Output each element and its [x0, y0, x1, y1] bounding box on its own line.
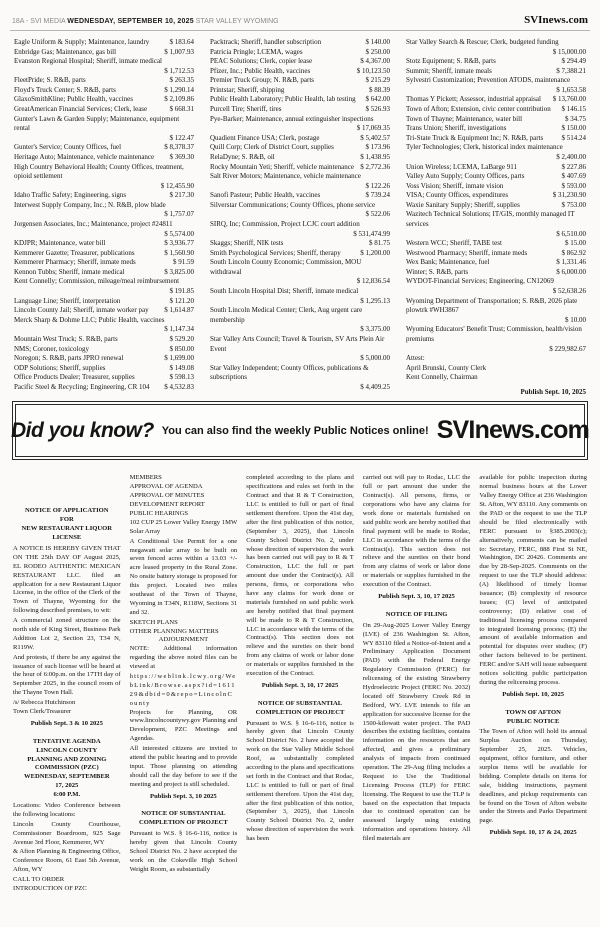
payment-entry: Kemmerer Gazette; Treasurer, publication…: [14, 249, 194, 259]
payment-entry: Premier Truck Group; N. R&B, parts$ 215.…: [210, 76, 390, 86]
payee-description: Quill Corp; Clerk of District Court, sup…: [210, 143, 361, 153]
payee-description: VISA; County Offices, expenditures: [406, 191, 548, 201]
payee-description: GlaxoSmithKline; Public Health, vaccines: [14, 95, 159, 105]
payment-entry: Pye-Barker; Maintenance, annual extingui…: [210, 115, 390, 134]
payee-description: Kennon Tubbs; Sheriff, inmate medical: [14, 268, 159, 278]
payment-entry: Summit; Sheriff, inmate meals$ 7,388.21: [406, 67, 586, 77]
payment-entry: Star Valley Arts Council; Travel & Touri…: [210, 335, 390, 364]
payment-amount: $ 217.30: [165, 191, 195, 201]
payment-entry: Salt River Motors; Maintenance, vehicle …: [210, 172, 390, 191]
payee-description: ODP Solutions; Sheriff, supplies: [14, 364, 165, 374]
attest-line: Kent Connelly, Chairman: [406, 373, 586, 383]
payment-entry: Patricia Pringle; LCEMA, wages$ 250.00: [210, 48, 390, 58]
banner-lead: Did you know?: [11, 419, 154, 443]
payment-amount: $ 12,455.90: [156, 182, 194, 192]
payment-entry: Tyler Technologies; Clerk, historical in…: [406, 143, 586, 162]
payment-amount: $ 1,200.00: [355, 249, 390, 259]
payee-description: Skaggs; Sheriff, NIK tests: [210, 239, 364, 249]
payment-entry: NMS; Coroner, toxicology$ 850.00: [14, 345, 194, 355]
payee-description: Western WCC; Sheriff, TABE test: [406, 239, 560, 249]
notice-heading: NOTICE OF SUBSTANTIAL COMPLETION OF PROJ…: [130, 810, 238, 828]
payee-description: Town of Thayne; Maintenance, water bill: [406, 115, 560, 125]
newspaper-page: 18A - SVI MEDIA WEDNESDAY, SEPTEMBER 10,…: [0, 0, 600, 927]
payment-entry: Evanston Regional Hospital; Sheriff, inm…: [14, 57, 194, 76]
payment-amount: $ 739.24: [361, 191, 391, 201]
notice-block: completed according to the plans and spe…: [246, 474, 354, 678]
payment-entry: Thomas Y Pickett; Assessor, industrial a…: [406, 95, 586, 105]
notice-block: PUBLIC HEARINGS: [130, 510, 238, 519]
payment-amount: $ 8,378.37: [159, 143, 194, 153]
publish-line: Publish Sept. 10, 2025: [479, 691, 587, 700]
payee-description: Star Valley Arts Council; Travel & Touri…: [210, 335, 390, 354]
notice-column: NOTICE OF APPLICATION FOR NEW RESTAURANT…: [13, 474, 121, 894]
publish-line: Publish Sept. 10, 17 & 24, 2025: [479, 829, 587, 838]
payee-description: SIRQ, Inc; Commission, Project LCJC cour…: [210, 220, 390, 230]
payee-description: Pacific Steel & Recycling; Engineering, …: [14, 383, 159, 393]
payment-entry: Sylvestri Customization; Prevention ATOD…: [406, 76, 586, 95]
payment-amount: $ 514.24: [557, 134, 587, 144]
payment-amount: $ 173.96: [361, 143, 391, 153]
payee-description: Salt River Motors; Maintenance, vehicle …: [210, 172, 390, 182]
payee-description: Gunter's Service; County Offices, fuel: [14, 143, 159, 153]
payment-amount: $ 1,560.90: [159, 249, 194, 259]
payment-entry: Town of Afton; Extension, civic center c…: [406, 105, 586, 115]
payee-description: Language Line; Sheriff, interpretation: [14, 297, 165, 307]
notice-block: APPROVAL OF AGENDA: [130, 483, 238, 492]
payment-entry: Union Wireless; LCEMA, LaBarge 911$ 227.…: [406, 163, 586, 173]
notice-column: MEMBERSAPPROVAL OF AGENDAAPPROVAL OF MIN…: [130, 474, 238, 894]
notice-block: ADJOURNMENT: [130, 636, 238, 645]
payment-amount: $ 1,653.58: [551, 86, 586, 96]
payment-entry: Western WCC; Sheriff, TABE test$ 15.00: [406, 239, 586, 249]
payment-amount: $ 3,825.00: [159, 268, 194, 278]
payee-description: PEAC Solutions; Clerk, copier lease: [210, 57, 355, 67]
payee-description: Winter; S. R&B, parts: [406, 268, 551, 278]
payment-amount: $ 191.85: [165, 287, 195, 297]
payment-entry: Skaggs; Sheriff, NIK tests$ 81.75: [210, 239, 390, 249]
payment-column: Star Valley Search & Rescue; Clerk, budg…: [406, 38, 586, 397]
payment-amount: $ 5,000.00: [355, 354, 390, 364]
payment-amount: $ 5,402.57: [355, 134, 390, 144]
payment-amount: $ 2,109.86: [159, 95, 194, 105]
payment-entry: RelaDyne; S. R&B, oil$ 1,438.95: [210, 153, 390, 163]
payee-description: Smith Psychological Services; Sheriff, t…: [210, 249, 355, 259]
publish-line: Publish Sept. 3, 10 2025: [130, 793, 238, 802]
payment-amount: $ 81.75: [364, 239, 390, 249]
notice-block: All interested citizens are invited to a…: [130, 745, 238, 789]
payee-description: Silverstar Communications; County Office…: [210, 201, 390, 211]
payee-description: Tri-State Truck & Equipment Inc; N. R&B,…: [406, 134, 557, 144]
payment-entry: Sanofi Pasteur; Public Health, vaccines$…: [210, 191, 390, 201]
payment-entry: Trans Union; Sheriff, investigations$ 15…: [406, 124, 586, 134]
payee-description: Heritage Auto; Maintenance, vehicle main…: [14, 153, 165, 163]
payee-description: NMS; Coroner, toxicology: [14, 345, 165, 355]
notice-heading: TOWN OF AFTON PUBLIC NOTICE: [479, 709, 587, 727]
payee-description: Town of Afton; Extension, civic center c…: [406, 105, 557, 115]
payment-entry: Silverstar Communications; County Office…: [210, 201, 390, 220]
payment-amount: $ 4,367.00: [355, 57, 390, 67]
publish-line: Publish Sept. 3, 10, 17 2025: [363, 593, 471, 602]
payment-amount: $ 7,388.21: [551, 67, 586, 77]
payment-amount: $ 31,230.90: [548, 191, 586, 201]
payment-entry: Quill Corp; Clerk of District Court, sup…: [210, 143, 390, 153]
payment-entry: Purcell Tire; Sheriff, tires$ 526.93: [210, 105, 390, 115]
payee-description: Wyoming Department of Transportation; S.…: [406, 297, 586, 316]
notice-block: NOTE: Additional information regarding t…: [130, 645, 238, 672]
payment-amount: $ 642.00: [361, 95, 391, 105]
payee-description: RelaDyne; S. R&B, oil: [210, 153, 355, 163]
payment-entry: Tri-State Truck & Equipment Inc; N. R&B,…: [406, 134, 586, 144]
payment-amount: $ 4,532.83: [159, 383, 194, 393]
payment-amount: $ 1,699.00: [159, 354, 194, 364]
payee-description: Enbridge Gas; Maintenance, gas bill: [14, 48, 159, 58]
payment-entry: Lincoln County Jail; Sheriff, inmate wor…: [14, 306, 194, 316]
payee-description: Eagle Uniform & Supply; Maintenance, lau…: [14, 38, 165, 48]
payment-entry: Wyoming Department of Transportation; S.…: [406, 297, 586, 326]
publish-line: Publish Sept. 10, 2025: [406, 388, 586, 398]
payment-amount: $ 122.26: [361, 182, 391, 192]
payment-amount: $ 862.92: [557, 249, 587, 259]
payment-entry: High Country Behavioral Health; County O…: [14, 163, 194, 192]
payment-column: Packtrack; Sheriff, handler subscription…: [210, 38, 390, 397]
notice-block: A commercial zoned structure on the nort…: [13, 617, 121, 653]
payee-description: Westwood Pharmacy; Sheriff, inmate meds: [406, 249, 557, 259]
payment-amount: $ 593.00: [557, 182, 587, 192]
payment-amount: $ 12,836.54: [352, 277, 390, 287]
payment-entry: Printstar; Sheriff, shipping$ 88.39: [210, 86, 390, 96]
payment-amount: $ 183.64: [165, 38, 195, 48]
payee-description: Kent Connelly; Commission, mileage/meal …: [14, 277, 194, 287]
payment-amount: $ 3,375.00: [355, 325, 390, 335]
payment-amount: $ 1,147.34: [159, 325, 194, 335]
payment-amount: $ 1,438.95: [355, 153, 390, 163]
notice-column: carried out will pay to Rodac, LLC the f…: [363, 474, 471, 894]
payment-amount: $ 17,069.35: [352, 124, 390, 134]
payment-amount: $ 227.86: [557, 163, 587, 173]
payee-description: South Lincoln Hospital Dist; Sheriff, in…: [210, 287, 390, 297]
payment-entry: Kent Connelly; Commission, mileage/meal …: [14, 277, 194, 296]
notice-heading: TENTATIVE AGENDA LINCOLN COUNTY PLANNING…: [13, 738, 121, 800]
payment-amount: $ 88.39: [364, 86, 390, 96]
notice-block: 102 CUP 25 Lower Valley Energy 1MW Solar…: [130, 519, 238, 537]
payment-amount: $ 34.75: [560, 115, 586, 125]
payee-description: South Lincoln Medical Center; Clerk, Aug…: [210, 306, 390, 325]
payee-description: KDJPR; Maintenance, water bill: [14, 239, 159, 249]
payment-entry: SIRQ, Inc; Commission, Project LCJC cour…: [210, 220, 390, 239]
payment-entry: ODP Solutions; Sheriff, supplies$ 149.08: [14, 364, 194, 374]
payment-amount: $ 4,409.25: [355, 383, 390, 393]
payee-description: Sanofi Pasteur; Public Health, vaccines: [210, 191, 361, 201]
payment-entry: Language Line; Sheriff, interpretation$ …: [14, 297, 194, 307]
payment-entry: Pacific Steel & Recycling; Engineering, …: [14, 383, 194, 393]
payment-amount: $ 140.00: [361, 38, 391, 48]
issue-date: WEDNESDAY, SEPTEMBER 10, 2025: [67, 18, 194, 25]
payee-description: Printstar; Sheriff, shipping: [210, 86, 364, 96]
payment-amount: $ 1,614.87: [159, 306, 194, 316]
attest-line: Attest:: [406, 354, 586, 364]
notice-block: Lincoln County Courthouse, Commissioner …: [13, 821, 121, 848]
attest-line: April Brunski, County Clerk: [406, 364, 586, 374]
payment-amount: $ 1,331.46: [551, 258, 586, 268]
banner-site-link[interactable]: SVInews.com: [437, 416, 589, 445]
payment-entry: Westwood Pharmacy; Sheriff, inmate meds$…: [406, 249, 586, 259]
payment-entry: FleetPride; S. R&B, parts$ 263.35: [14, 76, 194, 86]
payment-amount: $ 146.15: [557, 105, 587, 115]
payee-description: Union Wireless; LCEMA, LaBarge 911: [406, 163, 557, 173]
notice-block: A NOTICE IS HEREBY GIVEN THAT ON THE 25t…: [13, 545, 121, 616]
payment-entry: Kennon Tubbs; Sheriff, inmate medical$ 3…: [14, 268, 194, 278]
payee-description: Merck Sharp & Dohme LLC; Public Health, …: [14, 316, 194, 326]
payment-entry: Idaho Traffic Safety; Engineering, signs…: [14, 191, 194, 201]
publish-line: Publish Sept. 3 & 10 2025: [13, 720, 121, 729]
payee-description: Tyler Technologies; Clerk, historical in…: [406, 143, 586, 153]
payment-entry: Smith Psychological Services; Sheriff, t…: [210, 249, 390, 259]
notice-block: Locations: Video Conference between the …: [13, 802, 121, 820]
payment-entry: Winter; S. R&B, parts$ 6,000.00: [406, 268, 586, 278]
payment-entry: Enbridge Gas; Maintenance, gas bill$ 1,0…: [14, 48, 194, 58]
payee-description: Evanston Regional Hospital; Sheriff, inm…: [14, 57, 194, 67]
payment-amount: $ 522.06: [361, 210, 391, 220]
notice-block: Projects for Planning, OR www.lincolncou…: [130, 709, 238, 745]
payee-description: Thomas Y Pickett; Assessor, industrial a…: [406, 95, 548, 105]
payment-amount: $ 3,936.77: [159, 239, 194, 249]
payment-amount: $ 598.13: [165, 373, 195, 383]
payment-amount: $ 2,400.00: [551, 153, 586, 163]
payment-entry: Rocky Mountain Yeti; Sheriff, vehicle ma…: [210, 163, 390, 173]
payee-description: Rocky Mountain Yeti; Sheriff, vehicle ma…: [210, 163, 355, 173]
payee-description: Premier Truck Group; N. R&B, parts: [210, 76, 361, 86]
payment-entry: GlaxoSmithKline; Public Health, vaccines…: [14, 95, 194, 105]
payee-description: Wex Bank; Maintenance, fuel: [406, 258, 551, 268]
payment-amount: $ 1,757.07: [159, 210, 194, 220]
payee-description: Mountain West Truck; S. R&B, parts: [14, 335, 165, 345]
payment-amount: $ 5,574.00: [159, 230, 194, 240]
notice-block: MEMBERS: [130, 474, 238, 483]
payment-entry: Merck Sharp & Dohme LLC; Public Health, …: [14, 316, 194, 335]
payment-entry: Voss Vision; Sheriff, inmate vision$ 593…: [406, 182, 586, 192]
notice-block: /s/ Rebecca Hutchinson: [13, 699, 121, 708]
payment-entry: Gunter's Service; County Offices, fuel$ …: [14, 143, 194, 153]
header-meta: 18A - SVI MEDIA WEDNESDAY, SEPTEMBER 10,…: [12, 18, 279, 25]
payment-amount: $ 91.59: [168, 258, 194, 268]
payee-description: Wyoming Educators' Benefit Trust; Commis…: [406, 325, 586, 344]
payee-description: Interwest Supply Company, Inc.; N. R&B, …: [14, 201, 194, 211]
payee-description: Quadient Finance USA; Clerk, postage: [210, 134, 355, 144]
payment-amount: $ 526.93: [361, 105, 391, 115]
payment-amount: $ 52,638.26: [548, 287, 586, 297]
payee-description: Kemmerer Pharmacy; Sheriff, inmate meds: [14, 258, 168, 268]
payment-amount: $ 294.49: [557, 57, 587, 67]
notice-block: DEVELOPMENT REPORT: [130, 501, 238, 510]
notice-block: The Town of Afton will hold its annual S…: [479, 728, 587, 826]
payment-amount: $ 15,000.00: [548, 48, 586, 58]
payment-entry: Stotz Equipment; S. R&B, parts$ 294.49: [406, 57, 586, 67]
notice-block: & Afton Planning & Engineering Office, C…: [13, 848, 121, 875]
payee-description: Gunter's Lawn & Garden Supply; Maintenan…: [14, 115, 194, 134]
payment-entry: Quadient Finance USA; Clerk, postage$ 5,…: [210, 134, 390, 144]
payee-description: Public Health Laboratory; Public Health,…: [210, 95, 361, 105]
payee-description: Office Products Dealer; Treasurer, suppl…: [14, 373, 165, 383]
payment-amount: $ 149.08: [165, 364, 195, 374]
payment-amount: $ 15.00: [560, 239, 586, 249]
page-number-label: 18A - SVI MEDIA: [12, 18, 65, 25]
notice-column: available for public inspection during n…: [479, 474, 587, 894]
payee-description: Star Valley Search & Rescue; Clerk, budg…: [406, 38, 586, 48]
payee-description: Purcell Tire; Sheriff, tires: [210, 105, 361, 115]
payment-entry: Packtrack; Sheriff, handler subscription…: [210, 38, 390, 48]
public-notices-section: NOTICE OF APPLICATION FOR NEW RESTAURANT…: [10, 460, 590, 894]
payment-entry: Noregon; S. R&B, parts JPRO renewal$ 1,6…: [14, 354, 194, 364]
payment-entry: Wex Bank; Maintenance, fuel$ 1,331.46: [406, 258, 586, 268]
notice-block: APPROVAL OF MINUTES: [130, 492, 238, 501]
payment-entry: South Lincoln Hospital Dist; Sheriff, in…: [210, 287, 390, 306]
payment-entry: Town of Thayne; Maintenance, water bill$…: [406, 115, 586, 125]
payment-entry: Jorgensen Associates, Inc.; Maintenance,…: [14, 220, 194, 239]
payment-entry: Eagle Uniform & Supply; Maintenance, lau…: [14, 38, 194, 48]
notice-block: [13, 474, 121, 498]
payee-description: Floyd's Truck Center; S. R&B, parts: [14, 86, 159, 96]
payment-amount: $ 10.00: [560, 316, 586, 326]
payment-amount: $ 1,295.13: [355, 297, 390, 307]
payment-entry: Mountain West Truck; S. R&B, parts$ 529.…: [14, 335, 194, 345]
payment-entry: Public Health Laboratory; Public Health,…: [210, 95, 390, 105]
payment-amount: $ 10,123.50: [352, 67, 390, 77]
notice-block: And protests, if there be any against th…: [13, 654, 121, 698]
payment-amount: $ 531,474.99: [348, 230, 390, 240]
payment-amount: $ 215.29: [361, 76, 391, 86]
payment-entry: GreatAmerican Financial Services; Clerk,…: [14, 105, 194, 115]
payee-description: Patricia Pringle; LCEMA, wages: [210, 48, 361, 58]
payment-entry: South Lincoln County Economic; Commissio…: [210, 258, 390, 287]
payment-column: Eagle Uniform & Supply; Maintenance, lau…: [14, 38, 194, 397]
payee-description: FleetPride; S. R&B, parts: [14, 76, 165, 86]
payee-description: Kemmerer Gazette; Treasurer, publication…: [14, 249, 159, 259]
payment-entry: South Lincoln Medical Center; Clerk, Aug…: [210, 306, 390, 335]
payment-amount: $ 263.35: [165, 76, 195, 86]
payment-amount: $ 668.31: [165, 105, 195, 115]
notice-block: On 29-Aug-2025 Lower Valley Energy (LVE)…: [363, 622, 471, 844]
payment-entry: Wyoming Educators' Benefit Trust; Commis…: [406, 325, 586, 354]
payment-entry: Heritage Auto; Maintenance, vehicle main…: [14, 153, 194, 163]
payee-description: Pye-Barker; Maintenance, annual extingui…: [210, 115, 390, 125]
notice-heading: NOTICE OF FILING: [363, 611, 471, 620]
payment-amount: $ 1,007.93: [159, 48, 194, 58]
payment-entry: PEAC Solutions; Clerk, copier lease$ 4,3…: [210, 57, 390, 67]
payments-section: Eagle Uniform & Supply; Maintenance, lau…: [10, 31, 590, 399]
payment-amount: $ 250.00: [361, 48, 391, 58]
payee-description: Star Valley Independent; County Offices,…: [210, 364, 390, 383]
payee-description: High Country Behavioral Health; County O…: [14, 163, 194, 182]
payment-amount: $ 6,510.00: [551, 230, 586, 240]
payment-entry: Star Valley Independent; County Offices,…: [210, 364, 390, 393]
payee-description: Idaho Traffic Safety; Engineering, signs: [14, 191, 165, 201]
payment-entry: Floyd's Truck Center; S. R&B, parts$ 1,2…: [14, 86, 194, 96]
payee-description: Wazitech Technical Solutions; IT/GIS, mo…: [406, 210, 586, 229]
payment-amount: $ 753.00: [557, 201, 587, 211]
payment-amount: $ 122.47: [165, 134, 195, 144]
payee-description: South Lincoln County Economic; Commissio…: [210, 258, 390, 277]
notice-block: CALL TO ORDER: [13, 876, 121, 885]
notice-block: https://weblink.lcwy.org/WebLink/Browse.…: [130, 673, 238, 709]
payee-description: Valley Auto Supply; County Offices, part…: [406, 172, 557, 182]
notice-block: INTRODUCTION OF PZC: [13, 885, 121, 894]
payee-description: Waxie Sanitary Supply; Sheriff, supplies: [406, 201, 557, 211]
payee-description: Voss Vision; Sheriff, inmate vision: [406, 182, 557, 192]
notice-block: A Conditional Use Permit for a one megaw…: [130, 538, 238, 618]
payment-entry: VISA; County Offices, expenditures$ 31,2…: [406, 191, 586, 201]
payment-amount: $ 6,000.00: [551, 268, 586, 278]
payee-description: Jorgensen Associates, Inc.; Maintenance,…: [14, 220, 194, 230]
payment-entry: Waxie Sanitary Supply; Sheriff, supplies…: [406, 201, 586, 211]
payment-amount: $ 407.69: [557, 172, 587, 182]
payee-description: Trans Union; Sheriff, investigations: [406, 124, 557, 134]
notice-block: Pursuant to W.S. § 16-6-116, notice is h…: [130, 830, 238, 874]
payee-description: Sylvestri Customization; Prevention ATOD…: [406, 76, 586, 86]
publish-line: Publish Sept. 3, 10, 17 2025: [246, 682, 354, 691]
notice-block: Pursuant to W.S. § 16-6-116, notice is h…: [246, 720, 354, 844]
payment-entry: WYDOT-Financial Services; Engineering, C…: [406, 277, 586, 296]
payment-amount: $ 2,772.36: [355, 163, 390, 173]
payee-description: GreatAmerican Financial Services; Clerk,…: [14, 105, 165, 115]
payment-amount: $ 13,760.00: [548, 95, 586, 105]
notice-block: Town Clerk/Treasurer: [13, 708, 121, 717]
payment-entry: Pfizer, Inc.; Public Health, vaccines$ 1…: [210, 67, 390, 77]
payment-amount: $ 1,712.53: [159, 67, 194, 77]
notice-block: OTHER PLANNING MATTERS: [130, 628, 238, 637]
payment-entry: Office Products Dealer; Treasurer, suppl…: [14, 373, 194, 383]
payee-description: Stotz Equipment; S. R&B, parts: [406, 57, 557, 67]
payment-amount: $ 369.30: [165, 153, 195, 163]
payee-description: Noregon; S. R&B, parts JPRO renewal: [14, 354, 159, 364]
payment-entry: Wazitech Technical Solutions; IT/GIS, mo…: [406, 210, 586, 239]
did-you-know-banner: Did you know? You can also find the week…: [12, 401, 588, 460]
payment-amount: $ 529.20: [165, 335, 195, 345]
payment-amount: $ 1,290.14: [159, 86, 194, 96]
banner-text: You can also find the weekly Public Noti…: [162, 425, 429, 437]
payee-description: WYDOT-Financial Services; Engineering, C…: [406, 277, 586, 287]
payment-amount: $ 850.00: [165, 345, 195, 355]
region-label: STAR VALLEY WYOMING: [196, 18, 279, 25]
payee-description: Summit; Sheriff, inmate meals: [406, 67, 551, 77]
payment-entry: Interwest Supply Company, Inc.; N. R&B, …: [14, 201, 194, 220]
page-header: 18A - SVI MEDIA WEDNESDAY, SEPTEMBER 10,…: [10, 6, 590, 31]
notice-block: SKETCH PLANS: [130, 619, 238, 628]
notice-column: completed according to the plans and spe…: [246, 474, 354, 894]
payee-description: Pfizer, Inc.; Public Health, vaccines: [210, 67, 352, 77]
payment-entry: KDJPR; Maintenance, water bill$ 3,936.77: [14, 239, 194, 249]
payment-amount: $ 229,982.67: [544, 345, 586, 355]
payment-entry: Gunter's Lawn & Garden Supply; Maintenan…: [14, 115, 194, 144]
site-link[interactable]: SVInews.com: [524, 14, 588, 26]
payment-entry: Kemmerer Pharmacy; Sheriff, inmate meds$…: [14, 258, 194, 268]
payee-description: Lincoln County Jail; Sheriff, inmate wor…: [14, 306, 159, 316]
payment-amount: $ 150.00: [557, 124, 587, 134]
notice-block: carried out will pay to Rodac, LLC the f…: [363, 474, 471, 590]
notice-heading: NOTICE OF SUBSTANTIAL COMPLETION OF PROJ…: [246, 700, 354, 718]
notice-block: available for public inspection during n…: [479, 474, 587, 687]
payment-amount: $ 121.20: [165, 297, 195, 307]
payment-entry: Valley Auto Supply; County Offices, part…: [406, 172, 586, 182]
payee-description: Packtrack; Sheriff, handler subscription: [210, 38, 361, 48]
notice-heading: NOTICE OF APPLICATION FOR NEW RESTAURANT…: [13, 507, 121, 543]
payment-entry: Star Valley Search & Rescue; Clerk, budg…: [406, 38, 586, 57]
